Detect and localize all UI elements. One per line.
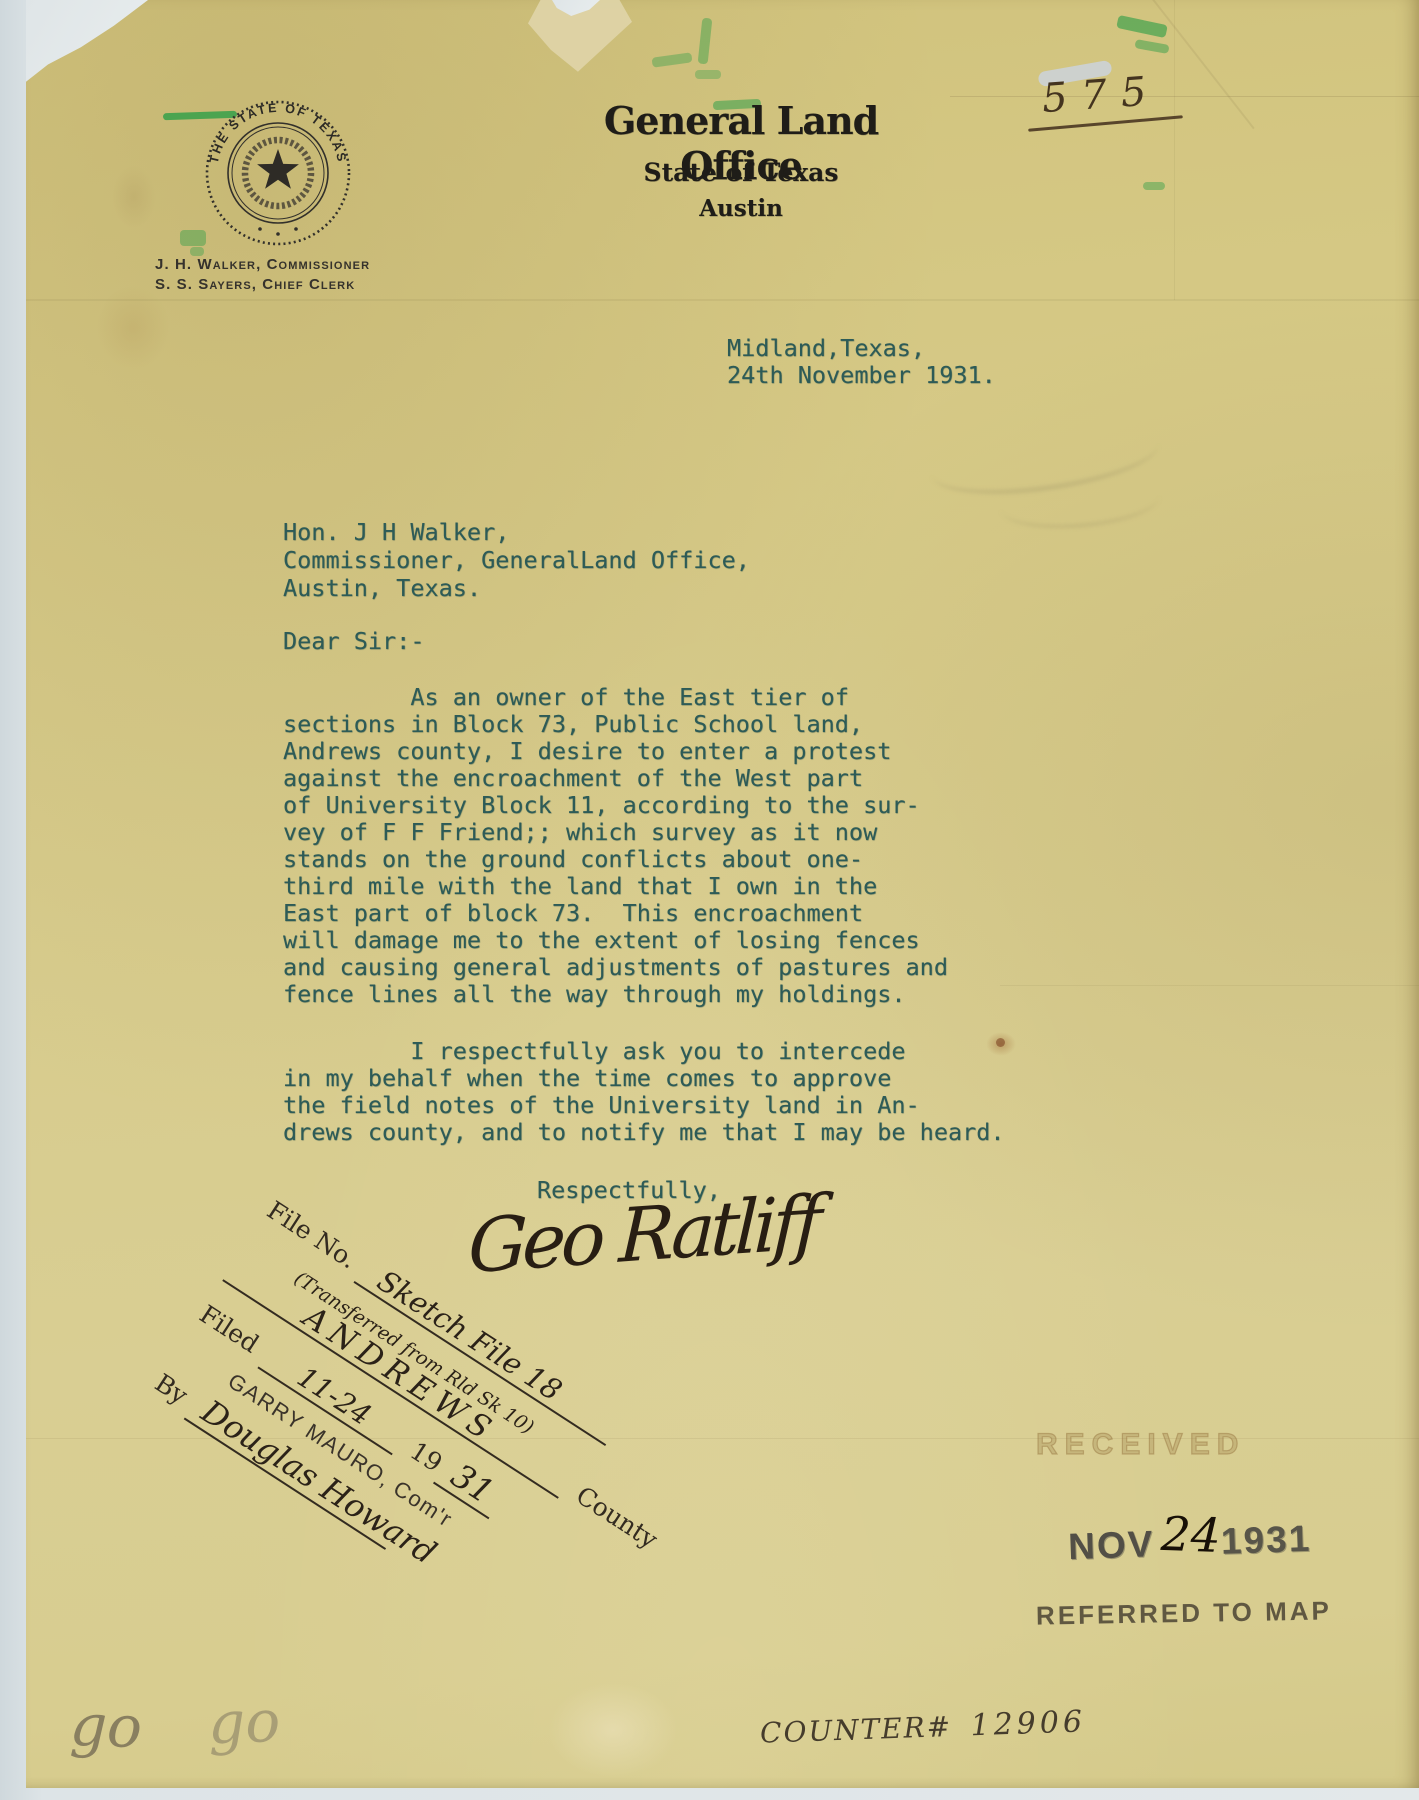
year-value: 31	[444, 1456, 500, 1512]
pencil-mark: go	[207, 1687, 281, 1757]
date-line: 24th November 1931.	[727, 361, 996, 389]
place-line: Midland,Texas,	[727, 334, 925, 362]
green-mark	[190, 247, 204, 256]
counter-value: 12906	[970, 1704, 1087, 1743]
pencil-mark: go	[69, 1691, 143, 1761]
received-stamp: RECEIVED	[1036, 1428, 1245, 1462]
crease-line	[1174, 0, 1175, 300]
date-stamp-year: 1931	[1220, 1518, 1312, 1562]
filed-label: Filed	[194, 1299, 264, 1358]
referred-stamp: REFERRED TO MAP	[1036, 1595, 1332, 1631]
fold-line	[26, 299, 1419, 301]
body-paragraph-2: I respectfully ask you to intercede in m…	[283, 1038, 1023, 1146]
page-number: 575	[1041, 68, 1162, 122]
date-stamp: NOV 24 1931	[1067, 1508, 1312, 1571]
official-commissioner: J. H. Walker, Commissioner	[155, 256, 370, 273]
crease-line	[1000, 985, 1419, 986]
city-line: Austin	[558, 195, 924, 222]
stain	[96, 285, 170, 371]
crease-line	[950, 96, 1419, 97]
recipient-line-2: Commissioner, GeneralLand Office,	[283, 546, 750, 574]
recipient-line-3: Austin, Texas.	[283, 574, 750, 602]
state-line: State of Texas	[558, 158, 924, 187]
date-stamp-day-handwritten: 24	[1160, 1507, 1222, 1564]
body-paragraph-1: As an owner of the East tier of sections…	[283, 684, 1023, 1008]
stain	[112, 165, 156, 229]
scanned-letter-page: THE STATE OF TEXAS J. H. Walker, Commiss…	[0, 0, 1419, 1800]
counter-label: COUNTER#	[760, 1710, 953, 1750]
texas-state-seal: THE STATE OF TEXAS	[203, 98, 353, 248]
green-mark	[1143, 182, 1165, 190]
official-chief-clerk: S. S. Sayers, Chief Clerk	[155, 276, 355, 293]
recipient-line-1: Hon. J H Walker,	[283, 518, 750, 546]
date-stamp-month: NOV	[1067, 1523, 1155, 1567]
star-icon	[257, 149, 299, 189]
salutation: Dear Sir:-	[283, 627, 424, 655]
green-mark	[695, 70, 721, 79]
